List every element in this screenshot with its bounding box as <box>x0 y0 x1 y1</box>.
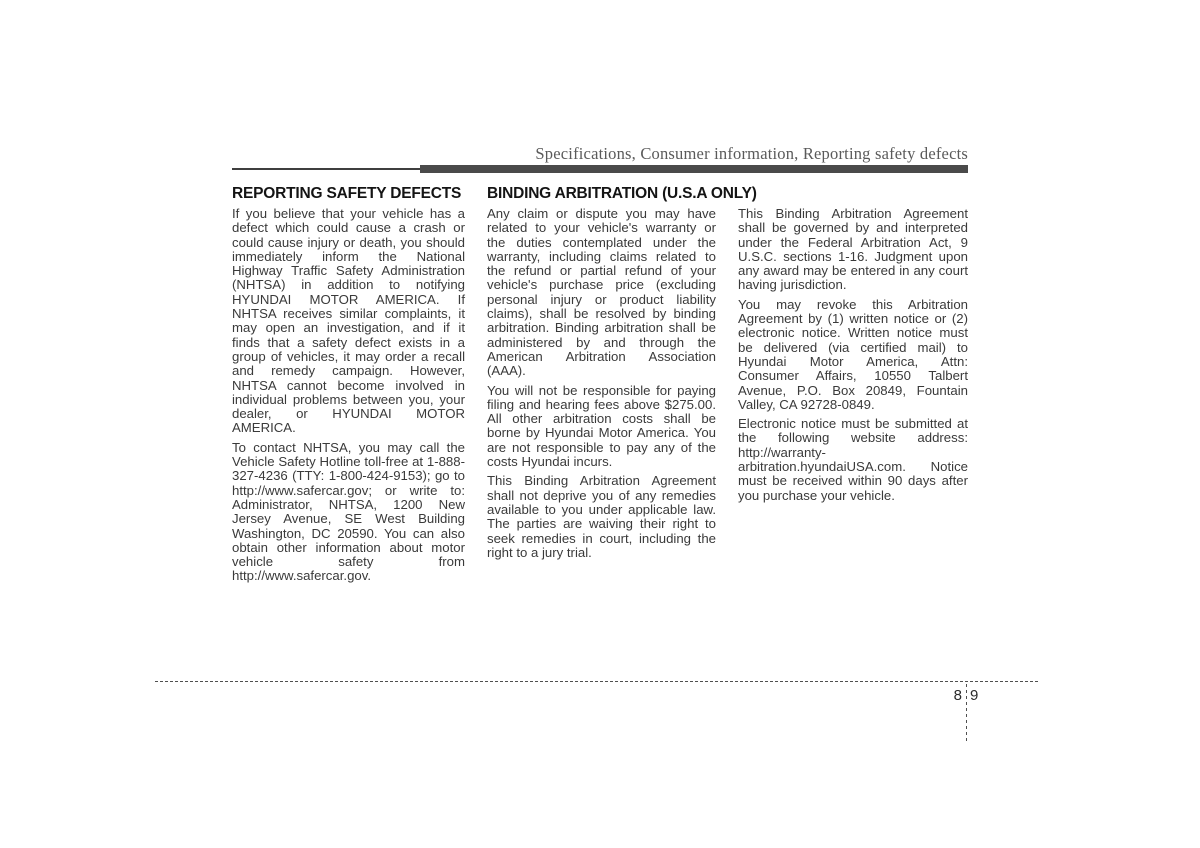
body-paragraph: This Binding Arbitration Agreement shall… <box>738 207 968 293</box>
section-heading-reporting-safety-defects: REPORTING SAFETY DEFECTS <box>232 185 461 203</box>
text-column-2: Any claim or dispute you may have relate… <box>487 207 716 565</box>
section-heading-binding-arbitration: BINDING ARBITRATION (U.S.A ONLY) <box>487 185 757 203</box>
page-number: 8 9 <box>944 687 988 704</box>
body-paragraph: You will not be responsible for paying f… <box>487 384 716 470</box>
body-paragraph: If you believe that your vehicle has a d… <box>232 207 465 436</box>
text-column-3: This Binding Arbitration Agreement shall… <box>738 207 968 508</box>
body-paragraph: To contact NHTSA, you may call the Vehic… <box>232 441 465 584</box>
header-rule-thin <box>232 168 420 170</box>
body-paragraph: Any claim or dispute you may have relate… <box>487 207 716 379</box>
body-paragraph: Electronic notice must be submitted at t… <box>738 417 968 503</box>
header-rule-thick <box>420 165 968 173</box>
footer-dashed-rule <box>155 681 1040 682</box>
chapter-number: 8 <box>944 687 966 704</box>
text-column-1: If you believe that your vehicle has a d… <box>232 207 465 589</box>
running-header-title: Specifications, Consumer information, Re… <box>535 144 968 164</box>
page-number-value: 9 <box>966 687 988 704</box>
manual-page: Specifications, Consumer information, Re… <box>0 0 1200 848</box>
body-paragraph: You may revoke this Arbitration Agreemen… <box>738 298 968 412</box>
body-paragraph: This Binding Arbitration Agreement shall… <box>487 474 716 560</box>
